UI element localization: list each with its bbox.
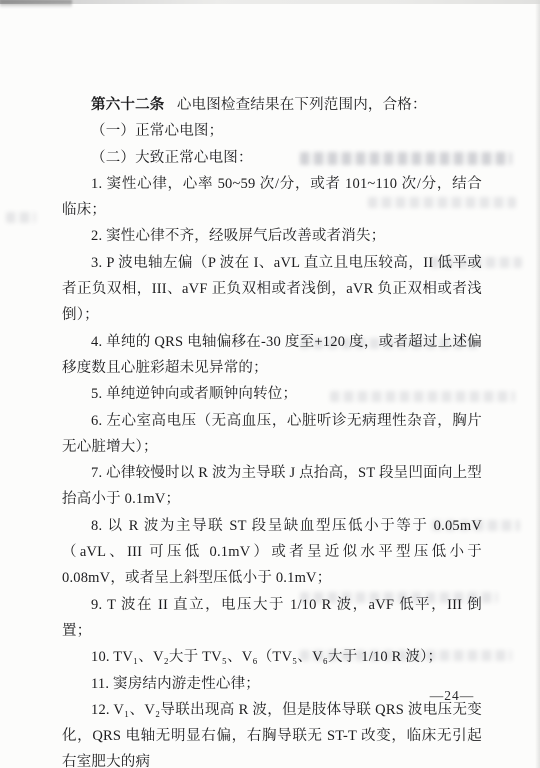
article-number: 第六十二条 xyxy=(91,97,165,113)
item-6: 6. 左心室高电压（无高血压，心脏听诊无病理性杂音，胸片无心脏增大）； xyxy=(62,408,482,461)
article-heading: 第六十二条心电图检查结果在下列范围内，合格： xyxy=(62,92,482,118)
scanned-document-page: 第六十二条心电图检查结果在下列范围内，合格： （一）正常心电图； （二）大致正常… xyxy=(0,0,540,768)
item-8: 8. 以 R 波为主导联 ST 段呈缺血型压低小于等于 0.05mV（aVL、I… xyxy=(62,513,482,592)
item-10: 10. TV₁、V₂大于 TV₅、V₆（TV₅、V₆大于 1/10 R 波）； xyxy=(62,644,482,670)
item-7: 7. 心律较慢时以 R 波为主导联 J 点抬高，ST 段呈凹面向上型抬高小于 0… xyxy=(62,460,482,513)
scan-edge-right xyxy=(535,0,540,768)
clause-sub-2: （二）大致正常心电图： xyxy=(62,145,482,171)
clause-sub-1: （一）正常心电图； xyxy=(62,118,482,144)
article-body: 第六十二条心电图检查结果在下列范围内，合格： （一）正常心电图； （二）大致正常… xyxy=(62,92,482,768)
page-number: —24— xyxy=(412,688,492,704)
article-heading-text: 心电图检查结果在下列范围内，合格： xyxy=(177,97,427,113)
item-3: 3. P 波电轴左偏（P 波在 I、aVL 直立且电压较高，II 低平或者正负双… xyxy=(62,250,482,329)
bleed-through-mark xyxy=(6,212,36,223)
scan-edge-top xyxy=(0,0,540,4)
scan-edge-top-left xyxy=(0,0,72,8)
item-5: 5. 单纯逆钟向或者顺钟向转位； xyxy=(62,381,482,407)
item-12: 12. V₁、V₂导联出现高 R 波，但是肢体导联 QRS 波电压无变化，QRS… xyxy=(62,697,482,768)
item-9: 9. T 波在 II 直立，电压大于 1/10 R 波，aVF 低平，III 倒… xyxy=(62,592,482,645)
item-2: 2. 窦性心律不齐，经吸屏气后改善或者消失； xyxy=(62,223,482,249)
item-1: 1. 窦性心律，心率 50~59 次/分，或者 101~110 次/分，结合临床… xyxy=(62,171,482,224)
item-4: 4. 单纯的 QRS 电轴偏移在-30 度至+120 度，或者超过上述偏移度数且… xyxy=(62,329,482,382)
